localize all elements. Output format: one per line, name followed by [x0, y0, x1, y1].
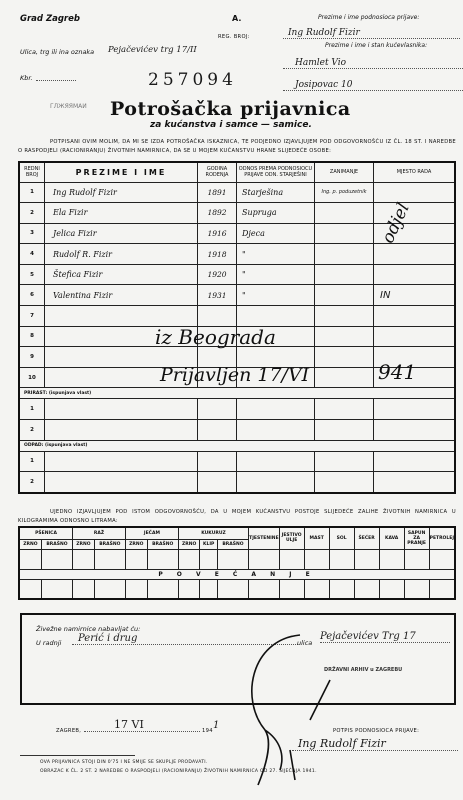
occupation[interactable]: [315, 420, 374, 441]
relation[interactable]: ": [237, 285, 315, 306]
relation[interactable]: ": [237, 264, 315, 285]
occupation[interactable]: [315, 264, 374, 285]
stock-cell[interactable]: [217, 549, 248, 569]
relation[interactable]: Djeca: [237, 223, 315, 244]
group-header-barley: JEČAM: [125, 527, 178, 539]
sub-header-cob: KLIP: [200, 539, 217, 549]
owner-label: Prezime i ime i stan kućevlasnika:: [325, 42, 427, 49]
increase-section-label: PRIRAST: (ispunjava vlast): [19, 388, 455, 399]
person-name[interactable]: [45, 451, 198, 472]
stock-cell[interactable]: [200, 579, 217, 599]
year-prefix: 194: [202, 728, 213, 734]
row-number: 7: [19, 306, 45, 327]
stock-cell[interactable]: [147, 579, 178, 599]
birth-year[interactable]: 1931: [198, 285, 237, 306]
stock-cell[interactable]: [329, 549, 354, 569]
stock-cell[interactable]: [404, 579, 429, 599]
stock-cell[interactable]: [19, 549, 41, 569]
annotation-origin: iz Beograda: [155, 325, 276, 349]
occupation[interactable]: [315, 451, 374, 472]
stock-cell[interactable]: [249, 579, 279, 599]
stock-cell[interactable]: [404, 549, 429, 569]
row-number: 10: [19, 367, 45, 388]
stock-cell[interactable]: [73, 579, 95, 599]
occupation[interactable]: [315, 203, 374, 224]
relation[interactable]: Supruga: [237, 203, 315, 224]
stock-cell[interactable]: [178, 579, 200, 599]
row-number: 3: [19, 223, 45, 244]
stock-cell[interactable]: [279, 579, 304, 599]
stock-cell[interactable]: [73, 549, 95, 569]
birth-year[interactable]: 1920: [198, 264, 237, 285]
occupation[interactable]: [315, 399, 374, 420]
stock-cell[interactable]: [94, 549, 125, 569]
workplace[interactable]: [374, 264, 456, 285]
stock-increase-row: [19, 579, 455, 599]
person-name[interactable]: [45, 420, 198, 441]
workplace[interactable]: [374, 182, 456, 203]
stock-cell[interactable]: [125, 549, 147, 569]
occupation[interactable]: [315, 244, 374, 265]
supply-label: Živežne namirnice nabavljat ću:: [36, 625, 140, 633]
row-number: 2: [19, 203, 45, 224]
house-number-label: Kbr.: [20, 74, 33, 82]
relation[interactable]: Starješina: [237, 182, 315, 203]
col-header-number: REDNI BROJ: [19, 162, 45, 182]
workplace[interactable]: [374, 451, 456, 472]
serial-number: 257094: [148, 70, 237, 90]
row-number: 1: [19, 451, 45, 472]
row-number: 2: [19, 420, 45, 441]
street-field[interactable]: Pejačevićev trg 17/II: [108, 45, 197, 55]
regulation-note: OBRAZAC K ČL. 2 ST. 2 NAREDBE O RASPODJE…: [40, 769, 317, 774]
sub-header-flour: BRAŠNO: [94, 539, 125, 549]
workplace[interactable]: [374, 399, 456, 420]
stock-cell[interactable]: [329, 579, 354, 599]
stock-cell[interactable]: [354, 549, 379, 569]
birth-year[interactable]: [198, 306, 237, 327]
person-name[interactable]: Ela Fizir: [45, 203, 198, 224]
stock-values-row: [19, 549, 455, 569]
relation[interactable]: [237, 399, 315, 420]
col-header-kerosene: PETROLEJ: [429, 527, 455, 549]
col-header-soap: SAPUN ZA PRANJE: [404, 527, 429, 549]
relation[interactable]: [237, 451, 315, 472]
col-header-occupation: ZANIMANJE: [315, 162, 374, 182]
birth-year[interactable]: [198, 399, 237, 420]
col-header-sugar: ŠEĆER: [354, 527, 379, 549]
col-header-lard: MAST: [304, 527, 329, 549]
birth-year[interactable]: [198, 472, 237, 493]
signature-field[interactable]: Ing Rudolf Fizir: [292, 737, 458, 751]
form-title: Potrošačka prijavnica: [110, 98, 351, 120]
col-header-coffee: KAVA: [379, 527, 404, 549]
row-number: 6: [19, 285, 45, 306]
workplace[interactable]: [374, 326, 456, 347]
date-field[interactable]: 17 VI: [84, 718, 200, 732]
stock-cell[interactable]: [125, 579, 147, 599]
person-name[interactable]: Ing Rudolf Fizir: [45, 182, 198, 203]
owner-address-field[interactable]: Josipovac 10: [283, 80, 463, 91]
birth-year[interactable]: [198, 451, 237, 472]
increase-row: 1: [19, 399, 455, 420]
relation[interactable]: [237, 306, 315, 327]
person-name[interactable]: Jelica Fizir: [45, 223, 198, 244]
stock-cell[interactable]: [94, 579, 125, 599]
sub-header-flour: BRAŠNO: [41, 539, 72, 549]
occupation[interactable]: [315, 347, 374, 368]
row-number: 5: [19, 264, 45, 285]
year-suffix-field[interactable]: 1: [213, 720, 219, 731]
sub-header-flour: BRAŠNO: [217, 539, 248, 549]
col-header-name: PREZIME I IME: [45, 162, 198, 182]
occupation[interactable]: [315, 223, 374, 244]
owner-name-field[interactable]: Hamlet Vio: [283, 58, 463, 69]
group-header-rye: RAŽ: [73, 527, 126, 539]
row-number: 9: [19, 347, 45, 368]
person-row: 6 Valentina Fizir 1931 " IN: [19, 285, 455, 306]
signature-label: POTPIS PODNOSIOCA PRIJAVE:: [333, 728, 419, 734]
birth-year[interactable]: [198, 420, 237, 441]
sub-header-flour: BRAŠNO: [147, 539, 178, 549]
increase-row: 2: [19, 420, 455, 441]
city-label: Grad Zagreb: [20, 14, 80, 24]
stock-cell[interactable]: [41, 579, 72, 599]
col-header-salt: SOL: [329, 527, 354, 549]
stock-declaration-text: UJEDNO IZJAVLJUJEM POD ISTOM ODGOVORNOŠĆ…: [18, 508, 456, 526]
house-number-field[interactable]: [36, 79, 76, 81]
decrease-row: 2: [19, 472, 455, 493]
stock-cell[interactable]: [178, 549, 200, 569]
occupation[interactable]: Ing. p. poduzetnik: [315, 182, 374, 203]
sub-header-grain: ZRNO: [178, 539, 200, 549]
reg-number-label: REG. BROJ:: [218, 34, 250, 40]
workplace[interactable]: [374, 472, 456, 493]
workplace[interactable]: [374, 420, 456, 441]
row-number: 4: [19, 244, 45, 265]
stock-cell[interactable]: [379, 579, 404, 599]
col-header-pasta: TJESTENINE: [249, 527, 279, 549]
decrease-section-label: ODPAD: (ispunjava vlast): [19, 440, 455, 451]
stock-cell[interactable]: [217, 579, 248, 599]
price-note: OVA PRIJAVNICA STOJI DIN 0'75 I NE SMIJE…: [40, 760, 208, 765]
stock-cell[interactable]: [304, 549, 329, 569]
col-header-relation: ODNOS PREMA PODNOSIOCU PRIJAVE ODN. STAR…: [237, 162, 315, 182]
stock-cell[interactable]: [147, 549, 178, 569]
occupation[interactable]: [315, 285, 374, 306]
stock-increase-label: P O V E Ć A N J E: [19, 569, 455, 579]
person-name[interactable]: [45, 399, 198, 420]
sub-header-grain: ZRNO: [73, 539, 95, 549]
workplace[interactable]: IN: [374, 285, 456, 306]
relation[interactable]: [237, 472, 315, 493]
occupation[interactable]: [315, 326, 374, 347]
place-label: ZAGREB,: [56, 728, 81, 734]
footer-divider: [20, 755, 135, 756]
col-header-oil: JESTIVO ULJE: [279, 527, 304, 549]
person-row: 4 Rudolf R. Fizir 1918 ": [19, 244, 455, 265]
birth-year[interactable]: 1891: [198, 182, 237, 203]
occupation[interactable]: [315, 306, 374, 327]
stock-cell[interactable]: [249, 549, 279, 569]
sub-header-grain: ZRNO: [19, 539, 41, 549]
relation[interactable]: ": [237, 244, 315, 265]
person-name[interactable]: [45, 472, 198, 493]
stock-cell[interactable]: [354, 579, 379, 599]
stock-cell[interactable]: [41, 549, 72, 569]
row-number: 1: [19, 182, 45, 203]
person-name[interactable]: Rudolf R. Fizir: [45, 244, 198, 265]
col-header-workplace: MJESTO RADA: [374, 162, 456, 182]
col-header-birth-year: GODINA RODENJA: [198, 162, 237, 182]
person-name[interactable]: [45, 306, 198, 327]
signature-flourish: [230, 630, 340, 790]
relation[interactable]: [237, 420, 315, 441]
stock-cell[interactable]: [304, 579, 329, 599]
row-number: 1: [19, 399, 45, 420]
person-row: 7: [19, 306, 455, 327]
birth-year[interactable]: 1918: [198, 244, 237, 265]
person-row: 1 Ing Rudolf Fizir 1891 Starješina Ing. …: [19, 182, 455, 203]
stock-cell[interactable]: [200, 549, 217, 569]
stock-cell[interactable]: [429, 549, 455, 569]
person-name[interactable]: Štefica Fizir: [45, 264, 198, 285]
annotation-year: 941: [378, 360, 416, 384]
occupation[interactable]: [315, 472, 374, 493]
occupation[interactable]: [315, 367, 374, 388]
person-name[interactable]: Valentina Fizir: [45, 285, 198, 306]
shop-label: U radnji: [36, 639, 61, 647]
decrease-row: 1: [19, 451, 455, 472]
stock-cell[interactable]: [19, 579, 41, 599]
applicant-name-field[interactable]: Ing Rudolf Fizir: [283, 28, 460, 39]
sub-header-grain: ZRNO: [125, 539, 147, 549]
birth-year[interactable]: 1916: [198, 223, 237, 244]
person-row: 5 Štefica Fizir 1920 ": [19, 264, 455, 285]
applicant-label: Prezime i ime podnosioca prijave:: [318, 14, 419, 21]
stock-cell[interactable]: [279, 549, 304, 569]
stock-table: PŠENICA RAŽ JEČAM KUKURUZ TJESTENINE JES…: [18, 526, 456, 600]
stock-cell[interactable]: [379, 549, 404, 569]
row-number: 8: [19, 326, 45, 347]
workplace[interactable]: [374, 244, 456, 265]
form-letter: A.: [232, 14, 241, 23]
form-subtitle: za kućanstva i samce — samice.: [150, 120, 312, 130]
workplace[interactable]: [374, 306, 456, 327]
annotation-registered: Prijavljen 17/VI: [160, 364, 309, 386]
birth-year[interactable]: 1892: [198, 203, 237, 224]
group-header-corn: KUKURUZ: [178, 527, 248, 539]
group-header-wheat: PŠENICA: [19, 527, 73, 539]
stock-cell[interactable]: [429, 579, 455, 599]
declaration-text: POTPISANI OVIM MOLIM, DA MI SE IZDA POTR…: [18, 138, 456, 156]
mirrored-stamp: ГЛЖЯЯМАИ: [50, 103, 87, 110]
street-label: Ulica, trg ili ina oznaka: [20, 48, 94, 56]
row-number: 2: [19, 472, 45, 493]
